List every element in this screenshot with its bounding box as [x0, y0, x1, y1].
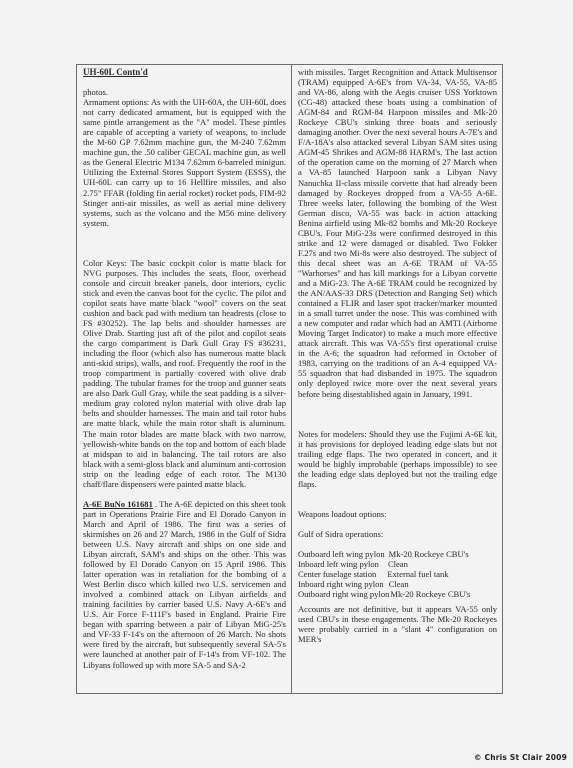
paragraph-accounts: Accounts are not definitive, but it appe… — [298, 604, 497, 644]
loadout-store: Mk-20 Rockeye CBU's — [389, 589, 470, 599]
loadout-station: Outboard left wing pylon — [298, 549, 385, 559]
loadout-store: External fuel tank — [376, 569, 448, 579]
spacer — [83, 489, 286, 499]
loadout-store: Mk-20 Rockeye CBU's — [385, 549, 469, 559]
gulf-of-sidra-heading: Gulf of Sidra operations: — [298, 529, 497, 539]
spacer — [298, 399, 497, 429]
left-column: UH-60L Contn'd photos. Armament options:… — [77, 65, 292, 693]
spacer — [298, 489, 497, 509]
right-column: with missiles. Target Recognition and At… — [292, 65, 502, 693]
paragraph-notes-for-modelers: Notes for modelers: Should they use the … — [298, 429, 497, 489]
paragraph-a6e-body: The A-6E depicted on this sheet took par… — [83, 499, 286, 670]
paragraph-armament: Armament options: As with the UH-60A, th… — [83, 97, 286, 228]
copyright-notice: © Chris St Clair 2009 — [474, 753, 567, 762]
loadout-row: Outboard right wing pylon Mk-20 Rockeye … — [298, 589, 497, 599]
loadout-row: Outboard left wing pylon Mk-20 Rockeye C… — [298, 549, 497, 559]
weapons-loadout-heading: Weapons loadout options: — [298, 509, 497, 519]
section-heading-uh60l: UH-60L Contn'd — [83, 67, 286, 77]
loadout-station: Inboard left wing pylon — [298, 559, 379, 569]
section-heading-a6e: A-6E BuNo 161681 — [83, 499, 153, 509]
paragraph-a6e: A-6E BuNo 161681 . The A-6E depicted on … — [83, 499, 286, 670]
loadout-station: Outboard right wing pylon — [298, 589, 389, 599]
document-table: UH-60L Contn'd photos. Armament options:… — [76, 64, 503, 694]
loadout-station: Center fuselage station — [298, 569, 376, 579]
loadout-table: Outboard left wing pylon Mk-20 Rockeye C… — [298, 549, 497, 599]
spacer — [298, 539, 497, 549]
paragraph-history: with missiles. Target Recognition and At… — [298, 67, 497, 399]
loadout-station: Inboard right wing pylon — [298, 579, 384, 589]
spacer — [298, 519, 497, 529]
spacer — [83, 77, 286, 87]
loadout-store: Clean — [379, 559, 408, 569]
loadout-row: Inboard left wing pylon Clean — [298, 559, 497, 569]
spacer — [83, 228, 286, 258]
paragraph-color-keys: Color Keys: The basic cockpit color is m… — [83, 258, 286, 489]
loadout-row: Center fuselage station External fuel ta… — [298, 569, 497, 579]
loadout-row: Inboard right wing pylon Clean — [298, 579, 497, 589]
loadout-store: Clean — [384, 579, 409, 589]
paragraph-photos: photos. — [83, 87, 286, 97]
